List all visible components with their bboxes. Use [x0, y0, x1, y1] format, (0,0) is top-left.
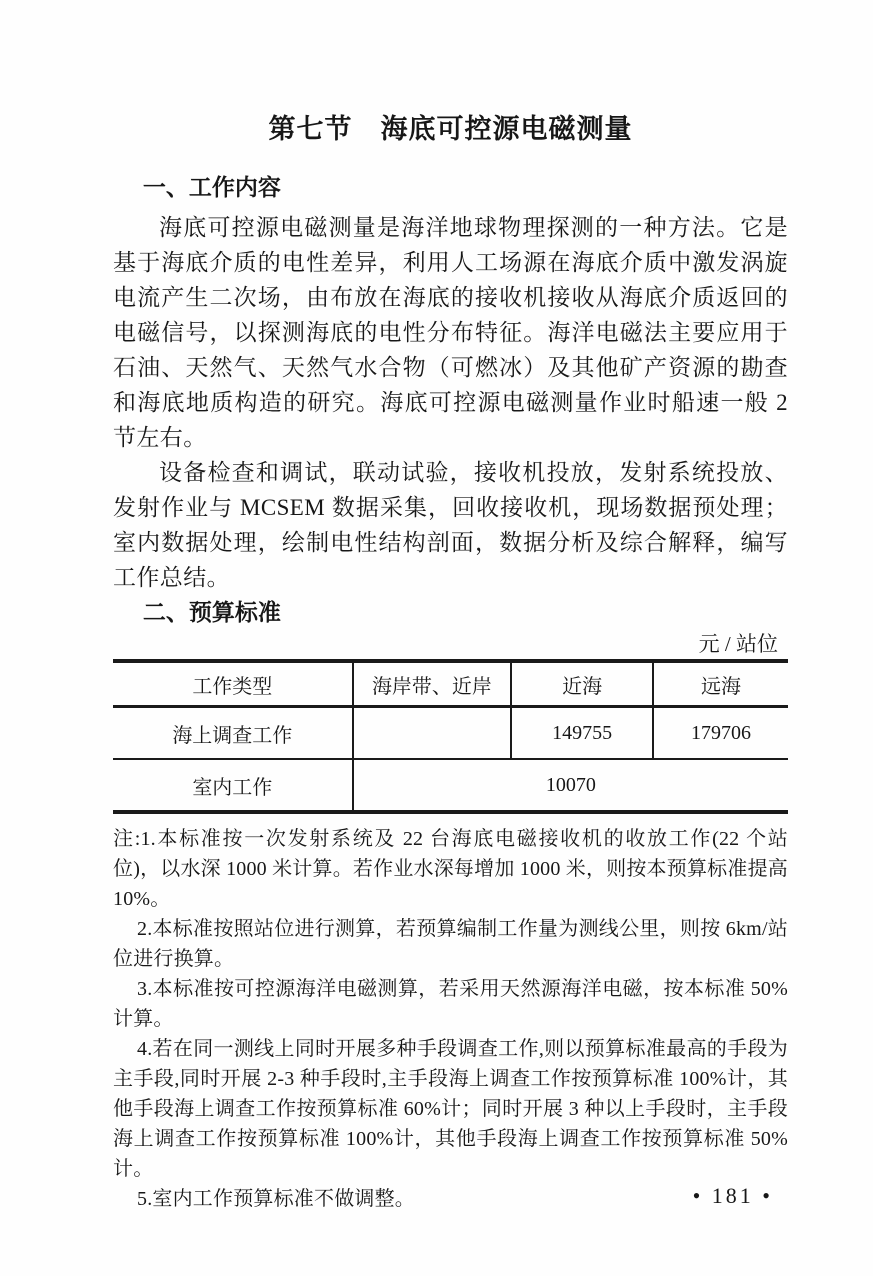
body-paragraph: 海底可控源电磁测量是海洋地球物理探测的一种方法。它是基于海底介质的电性差异，利用…: [113, 210, 788, 455]
section-budget-heading: 二、预算标准: [113, 597, 788, 629]
section-work-heading: 一、工作内容: [113, 172, 788, 204]
table-cell: 179706: [653, 707, 788, 760]
table-header-cell: 远海: [653, 661, 788, 707]
note-paragraph: 4.若在同一测线上同时开展多种手段调查工作,则以预算标准最高的手段为主手段,同时…: [113, 1034, 788, 1184]
table-cell: [353, 707, 512, 760]
page-number: • 181 •: [693, 1183, 773, 1209]
table-header-cell: 海岸带、近岸: [353, 661, 512, 707]
note-paragraph: 5.室内工作预算标准不做调整。: [113, 1184, 788, 1214]
notes-block: 注:1.本标准按一次发射系统及 22 台海底电磁接收机的收放工作(22 个站位)…: [113, 824, 788, 1214]
table-header-row: 工作类型 海岸带、近岸 近海 远海: [113, 661, 788, 707]
body-paragraph: 设备检查和调试，联动试验，接收机投放，发射系统投放、发射作业与 MCSEM 数据…: [113, 455, 788, 595]
budget-table: 工作类型 海岸带、近岸 近海 远海 海上调查工作 149755 179706 室…: [113, 659, 788, 814]
document-page: 第七节 海底可控源电磁测量 一、工作内容 海底可控源电磁测量是海洋地球物理探测的…: [0, 0, 873, 1276]
table-cell-merged: 10070: [353, 759, 788, 812]
note-paragraph: 2.本标准按照站位进行测算，若预算编制工作量为测线公里，则按 6km/站位进行换…: [113, 914, 788, 974]
table-cell: 149755: [511, 707, 653, 760]
table-header-cell: 工作类型: [113, 661, 353, 707]
table-cell: 室内工作: [113, 759, 353, 812]
note-paragraph: 注:1.本标准按一次发射系统及 22 台海底电磁接收机的收放工作(22 个站位)…: [113, 824, 788, 914]
note-paragraph: 3.本标准按可控源海洋电磁测算，若采用天然源海洋电磁，按本标准 50%计算。: [113, 974, 788, 1034]
table-row: 室内工作 10070: [113, 759, 788, 812]
page-title: 第七节 海底可控源电磁测量: [113, 112, 788, 146]
table-cell: 海上调查工作: [113, 707, 353, 760]
unit-label: 元 / 站位: [113, 631, 788, 657]
table-header-cell: 近海: [511, 661, 653, 707]
table-row: 海上调查工作 149755 179706: [113, 707, 788, 760]
